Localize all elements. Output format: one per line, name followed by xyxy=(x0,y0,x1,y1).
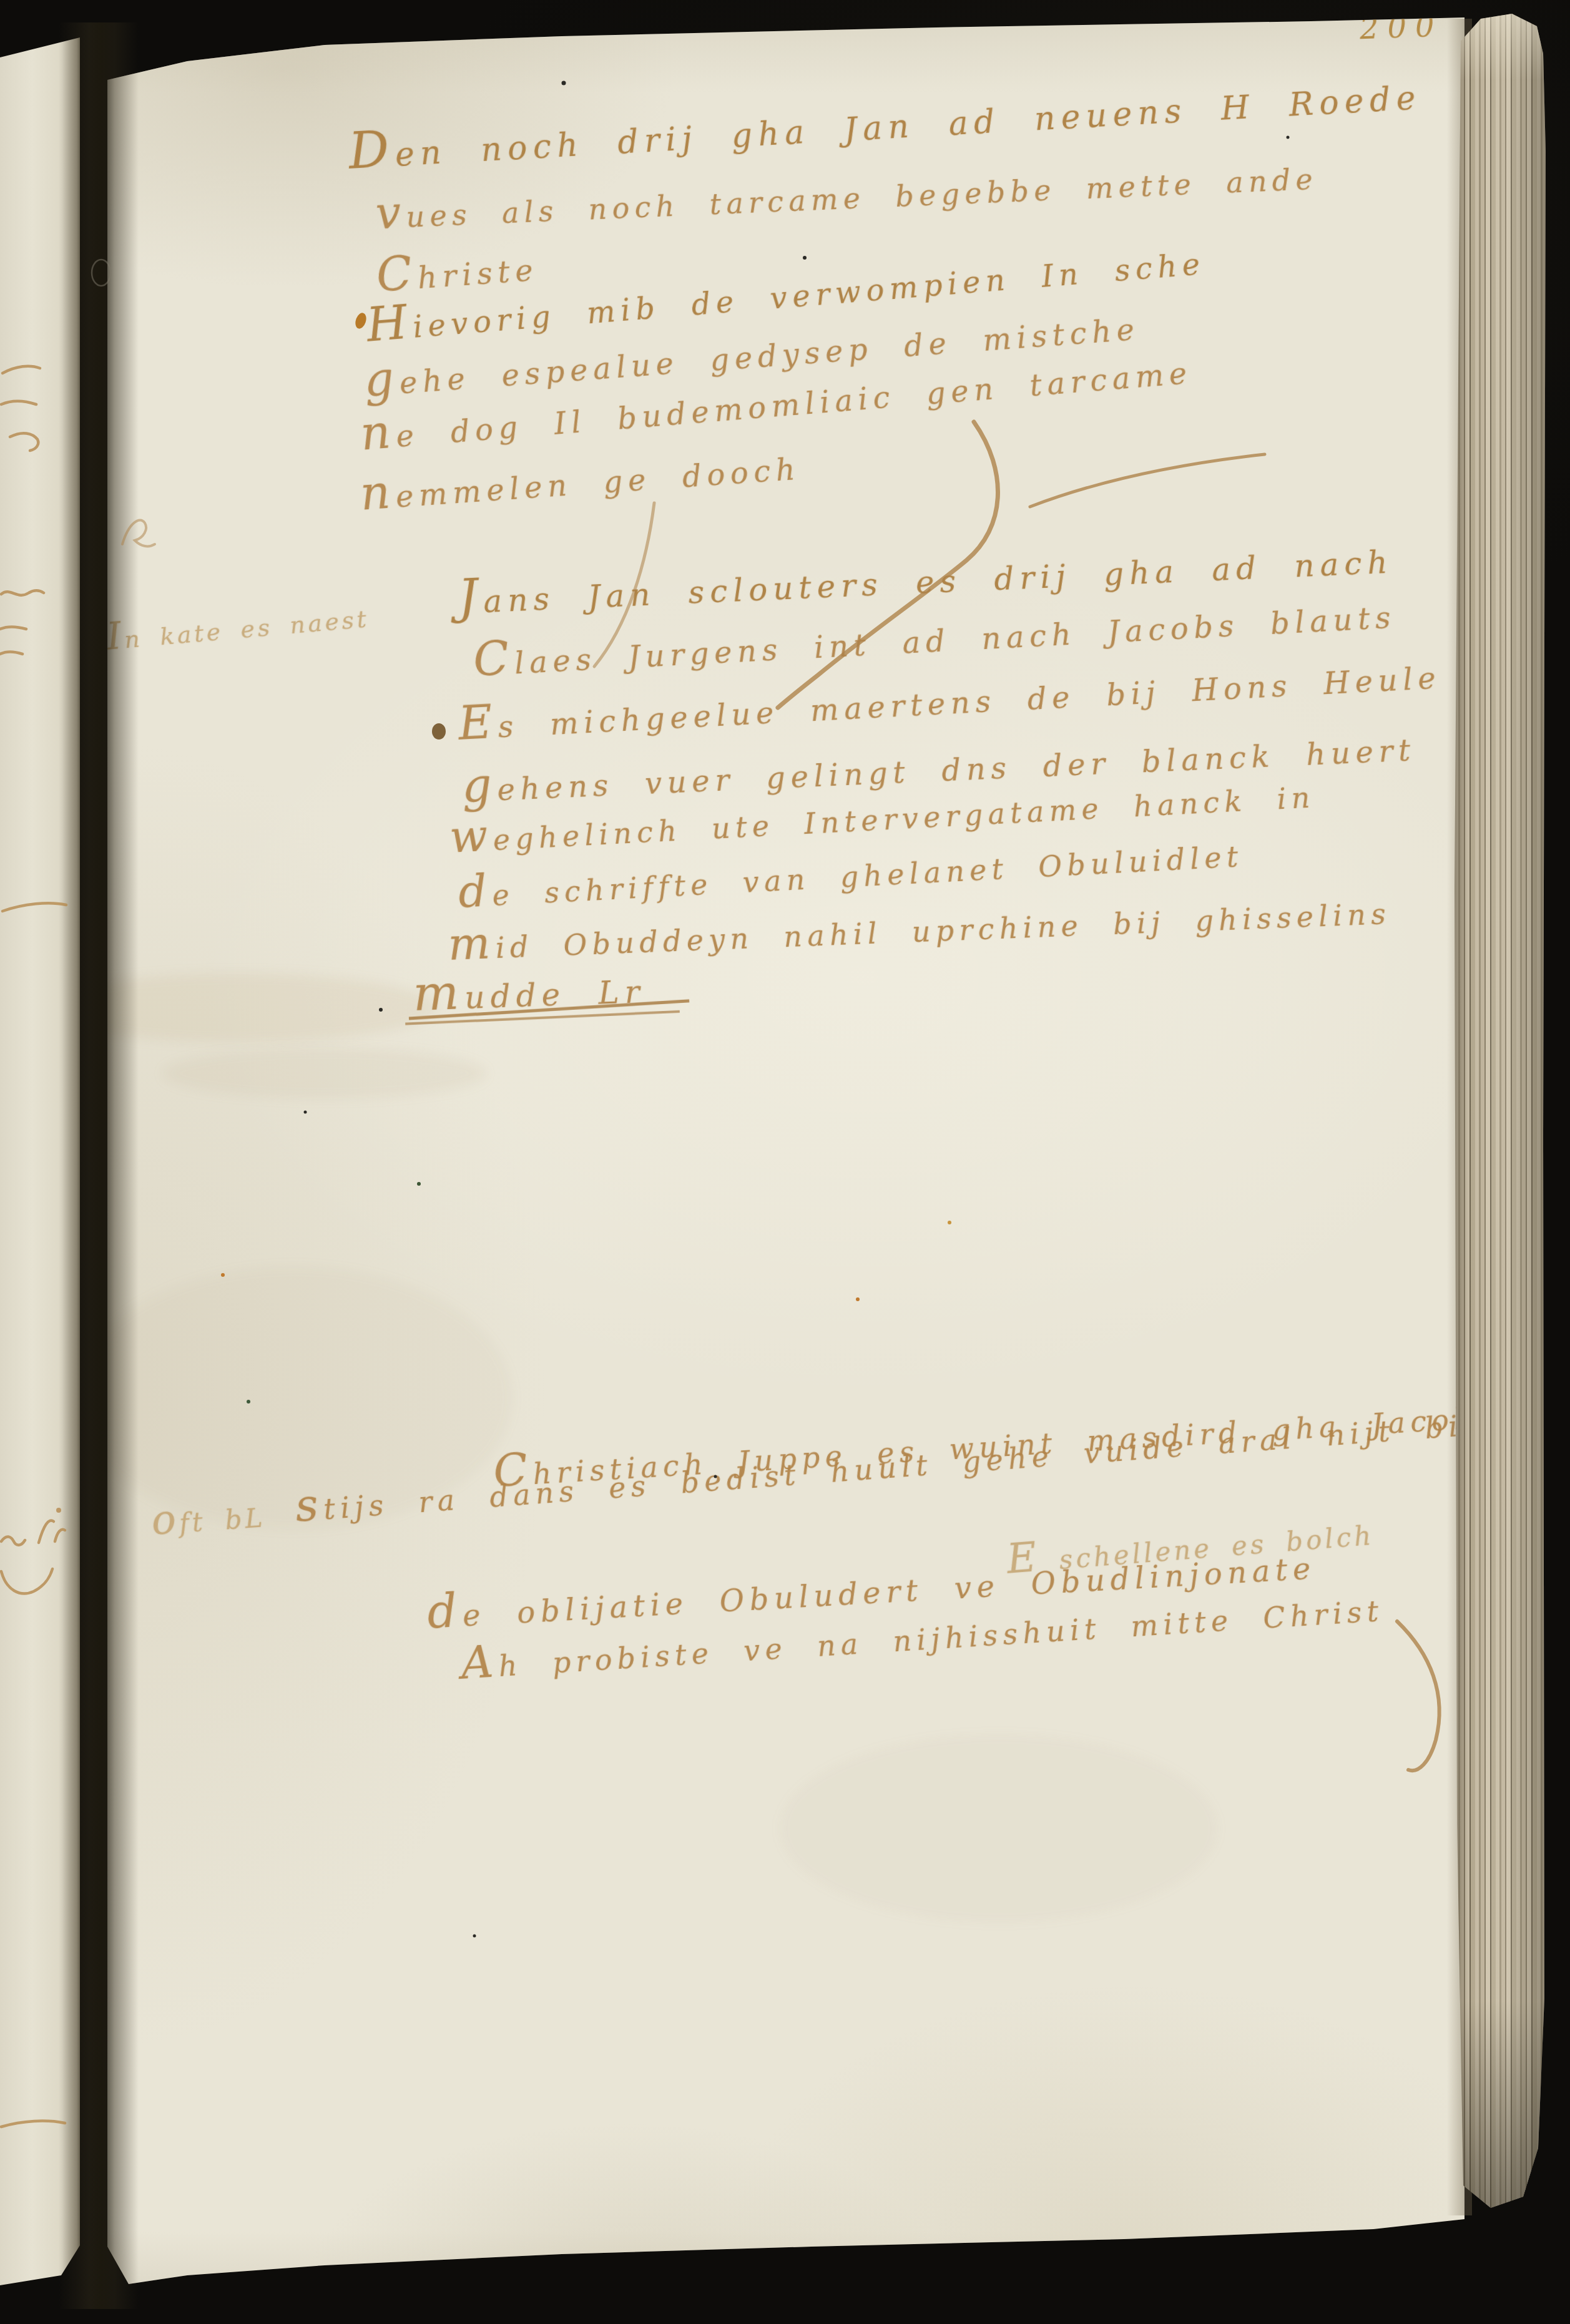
handwritten-line-struck: mudde Lr xyxy=(412,958,646,1022)
gutter-shadow xyxy=(59,22,139,2309)
fore-edge-shading xyxy=(1455,14,1546,2222)
fore-edge-page-stack xyxy=(1455,14,1546,2222)
show-through-smudge xyxy=(162,1048,487,1098)
folio-number: 200 xyxy=(1359,9,1443,47)
margin-note: oft bL xyxy=(150,1490,267,1545)
show-through-smudge xyxy=(780,1735,1217,1922)
scanned-book-photo: 200 Den noch drij gha Jan ad neuens H Ro… xyxy=(0,0,1570,2324)
manuscript-page: 200 Den noch drij gha Jan ad neuens H Ro… xyxy=(0,0,1570,2324)
